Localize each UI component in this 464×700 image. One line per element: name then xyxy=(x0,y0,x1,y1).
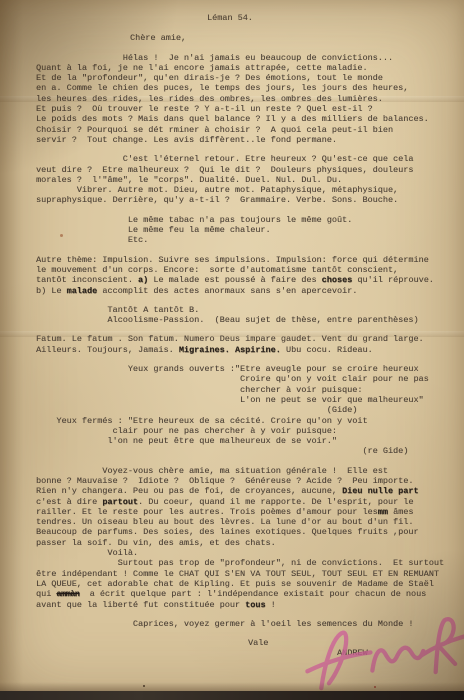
letter-line: Alcoolisme-Passion. (Beau sujet de thèse… xyxy=(36,315,460,325)
letter-text: ! xyxy=(266,600,276,610)
letter-line: veut dire ? Etre malheureux ? Qui le dit… xyxy=(36,165,460,175)
letter-line: Ailleurs. Toujours, Jamais. Migraines. A… xyxy=(36,345,460,355)
letter-text: avant que la liberté fut constituée pour xyxy=(36,600,245,610)
letter-text: b) Le xyxy=(36,286,67,296)
letter-line: Etc. xyxy=(36,235,460,245)
overstruck-word: Dieu nulle part xyxy=(342,486,419,496)
letter-line: Le même feu la même chaleur. xyxy=(36,225,460,235)
letter-line: Le même tabac n'a pas toujours le même g… xyxy=(36,215,460,225)
paragraph: Fatum. Le fatum . Son fatum. Numero Deus… xyxy=(36,334,460,355)
letter-text: Ailleurs. Toujours, Jamais. xyxy=(36,345,179,355)
letter-line: Voyez-vous chère amie, ma situation géné… xyxy=(36,466,460,476)
paragraph: Yeux grands ouverts :"Etre aveugle pour … xyxy=(36,364,460,457)
overstruck-word: tous xyxy=(245,600,265,610)
letter-line: qui ammàn a écrit quelque part : l'indép… xyxy=(36,589,460,599)
letter-line: avant que la liberté fut constituée pour… xyxy=(36,600,460,610)
letter-line: chercher à voir puisque: xyxy=(36,385,460,395)
letter-line: Hélas ! Je n'ai jamais eu beaucoup de co… xyxy=(36,53,460,63)
letter-line: Et puis ? Où trouver le reste ? Y a-t-il… xyxy=(36,104,460,114)
overstruck-word: choses xyxy=(322,275,353,285)
letter-line: passer la soif. Du vin, des amis, et des… xyxy=(36,538,460,548)
overstruck-word: ammàn xyxy=(56,589,79,599)
overstruck-word: Migraines. xyxy=(179,345,230,355)
salutation: Chère amie, xyxy=(130,33,460,43)
letter-line: tantôt inconscient. a) Le malade est pou… xyxy=(36,275,460,285)
letter-text: . Du coeur, quand il me rapporte. De l'e… xyxy=(138,497,413,507)
letter-text: qu'il réprouve. xyxy=(352,275,434,285)
letter-line: supraphysique. Derrière, qu'y a-t-il ? G… xyxy=(36,195,460,205)
letter-line: Voilà. xyxy=(36,548,460,558)
paragraph: Le même tabac n'a pas toujours le même g… xyxy=(36,215,460,246)
letter-line: c'est à dire partout. Du coeur, quand il… xyxy=(36,497,460,507)
letter-text: Rien n'y changera. Peu ou pas de foi, de… xyxy=(36,486,342,496)
letter-line: Beaucoup de parfums. Des soies, des lain… xyxy=(36,527,460,537)
letter-line: Choisir ? Pourquoi se dét rminer à chois… xyxy=(36,125,460,135)
letter-line: tendres. Un oiseau bleu au bout des lèvr… xyxy=(36,517,460,527)
letter-line: Et de la "profondeur", qu'en dirais-je ?… xyxy=(36,73,460,83)
overstruck-word: a) xyxy=(138,275,148,285)
letter-line: en a. Comme le chien des puces, le temps… xyxy=(36,83,460,93)
letter-line: L'on ne peut se voir que malheureux" xyxy=(36,395,460,405)
dateline: Léman 54. xyxy=(207,13,460,23)
letter-line: servir ? Tout change. Les avis diffèrent… xyxy=(36,135,460,145)
photo-backdrop-edge xyxy=(0,691,464,700)
letter-text: railler. Et le reste pour les autres. Tr… xyxy=(36,507,378,517)
letter-line: Yeux fermés : "Etre heureux de sa cécité… xyxy=(36,416,460,426)
typewritten-letter: Léman 54. Chère amie, Hélas ! Je n'ai ja… xyxy=(0,0,464,700)
letter-line: le mouvement d'un corps. Encore: sorte d… xyxy=(36,265,460,275)
letter-line: C'est l'éternel retour. Etre heureux ? Q… xyxy=(36,154,460,164)
letter-line: (Gide) xyxy=(36,405,460,415)
letter-line: Quant à la foi, je ne l'ai encore jamais… xyxy=(36,63,460,73)
overstruck-word: partout xyxy=(102,497,138,507)
letter-line: Yeux grands ouverts :"Etre aveugle pour … xyxy=(36,364,460,374)
letter-text: tantôt inconscient. xyxy=(36,275,138,285)
paragraph: Hélas ! Je n'ai jamais eu beaucoup de co… xyxy=(36,53,460,146)
letter-line: l'on ne peut être que malheureux de se v… xyxy=(36,436,460,446)
letter-text: Le malade est poussé à faire des xyxy=(148,275,321,285)
letter-line: (re Gide) xyxy=(36,446,460,456)
letter-line: Rien n'y changera. Peu ou pas de foi, de… xyxy=(36,486,460,496)
letter-line: Croire qu'on y voit clair pour ne pas xyxy=(36,374,460,384)
letter-line: Autre thème: Impulsion. Suivre ses impul… xyxy=(36,255,460,265)
letter-line: Surtout pas trop de "profondeur", ni de … xyxy=(36,558,460,568)
photo-backdrop-shadow xyxy=(0,682,464,691)
letter-line: clair pour ne pas chercher à y voir puis… xyxy=(36,426,460,436)
letter-text: a écrit quelque part : l'indépendance ex… xyxy=(79,589,426,599)
letter-text: qui xyxy=(36,589,56,599)
letter-line: les heures des rides, les rides des ombr… xyxy=(36,94,460,104)
letter-text: âmes xyxy=(388,507,414,517)
letter-text: accomplit des actes anormaux sans s'en a… xyxy=(97,286,357,296)
overstruck-word: malade xyxy=(67,286,98,296)
letter-line: b) Le malade accomplit des actes anormau… xyxy=(36,286,460,296)
overstruck-word: Aspirine. xyxy=(235,345,281,355)
letter-line: être indépendant ! Comme le CHAT QUI S'E… xyxy=(36,569,460,579)
overstruck-word: mm xyxy=(378,507,388,517)
letter-line: morales ? l'"âme", le "corps". Dualité. … xyxy=(36,175,460,185)
letter-line: LA QUEUE, cet adorable chat de Kipling. … xyxy=(36,579,460,589)
letter-line: bonne ? Mauvaise ? Idiote ? Oblique ? Gé… xyxy=(36,476,460,486)
letter-line: Tantôt A tantôt B. xyxy=(36,305,460,315)
letter-line: railler. Et le reste pour les autres. Tr… xyxy=(36,507,460,517)
letter-text: c'est à dire xyxy=(36,497,102,507)
letter-photo: Léman 54. Chère amie, Hélas ! Je n'ai ja… xyxy=(0,0,464,700)
letter-line: Le poids des mots ? Mais dans quel balan… xyxy=(36,114,460,124)
paragraph: C'est l'éternel retour. Etre heureux ? Q… xyxy=(36,154,460,205)
paragraph: Autre thème: Impulsion. Suivre ses impul… xyxy=(36,255,460,296)
paragraph: Voyez-vous chère amie, ma situation géné… xyxy=(36,466,460,610)
letter-line: Fatum. Le fatum . Son fatum. Numero Deus… xyxy=(36,334,460,344)
letter-body: Hélas ! Je n'ai jamais eu beaucoup de co… xyxy=(36,53,460,630)
letter-line: Vibrer. Autre mot. Dieu, autre mot. Pata… xyxy=(36,185,460,195)
paragraph: Tantôt A tantôt B. Alcoolisme-Passion. (… xyxy=(36,305,460,326)
letter-text: Ubu cocu. Rideau. xyxy=(281,345,373,355)
